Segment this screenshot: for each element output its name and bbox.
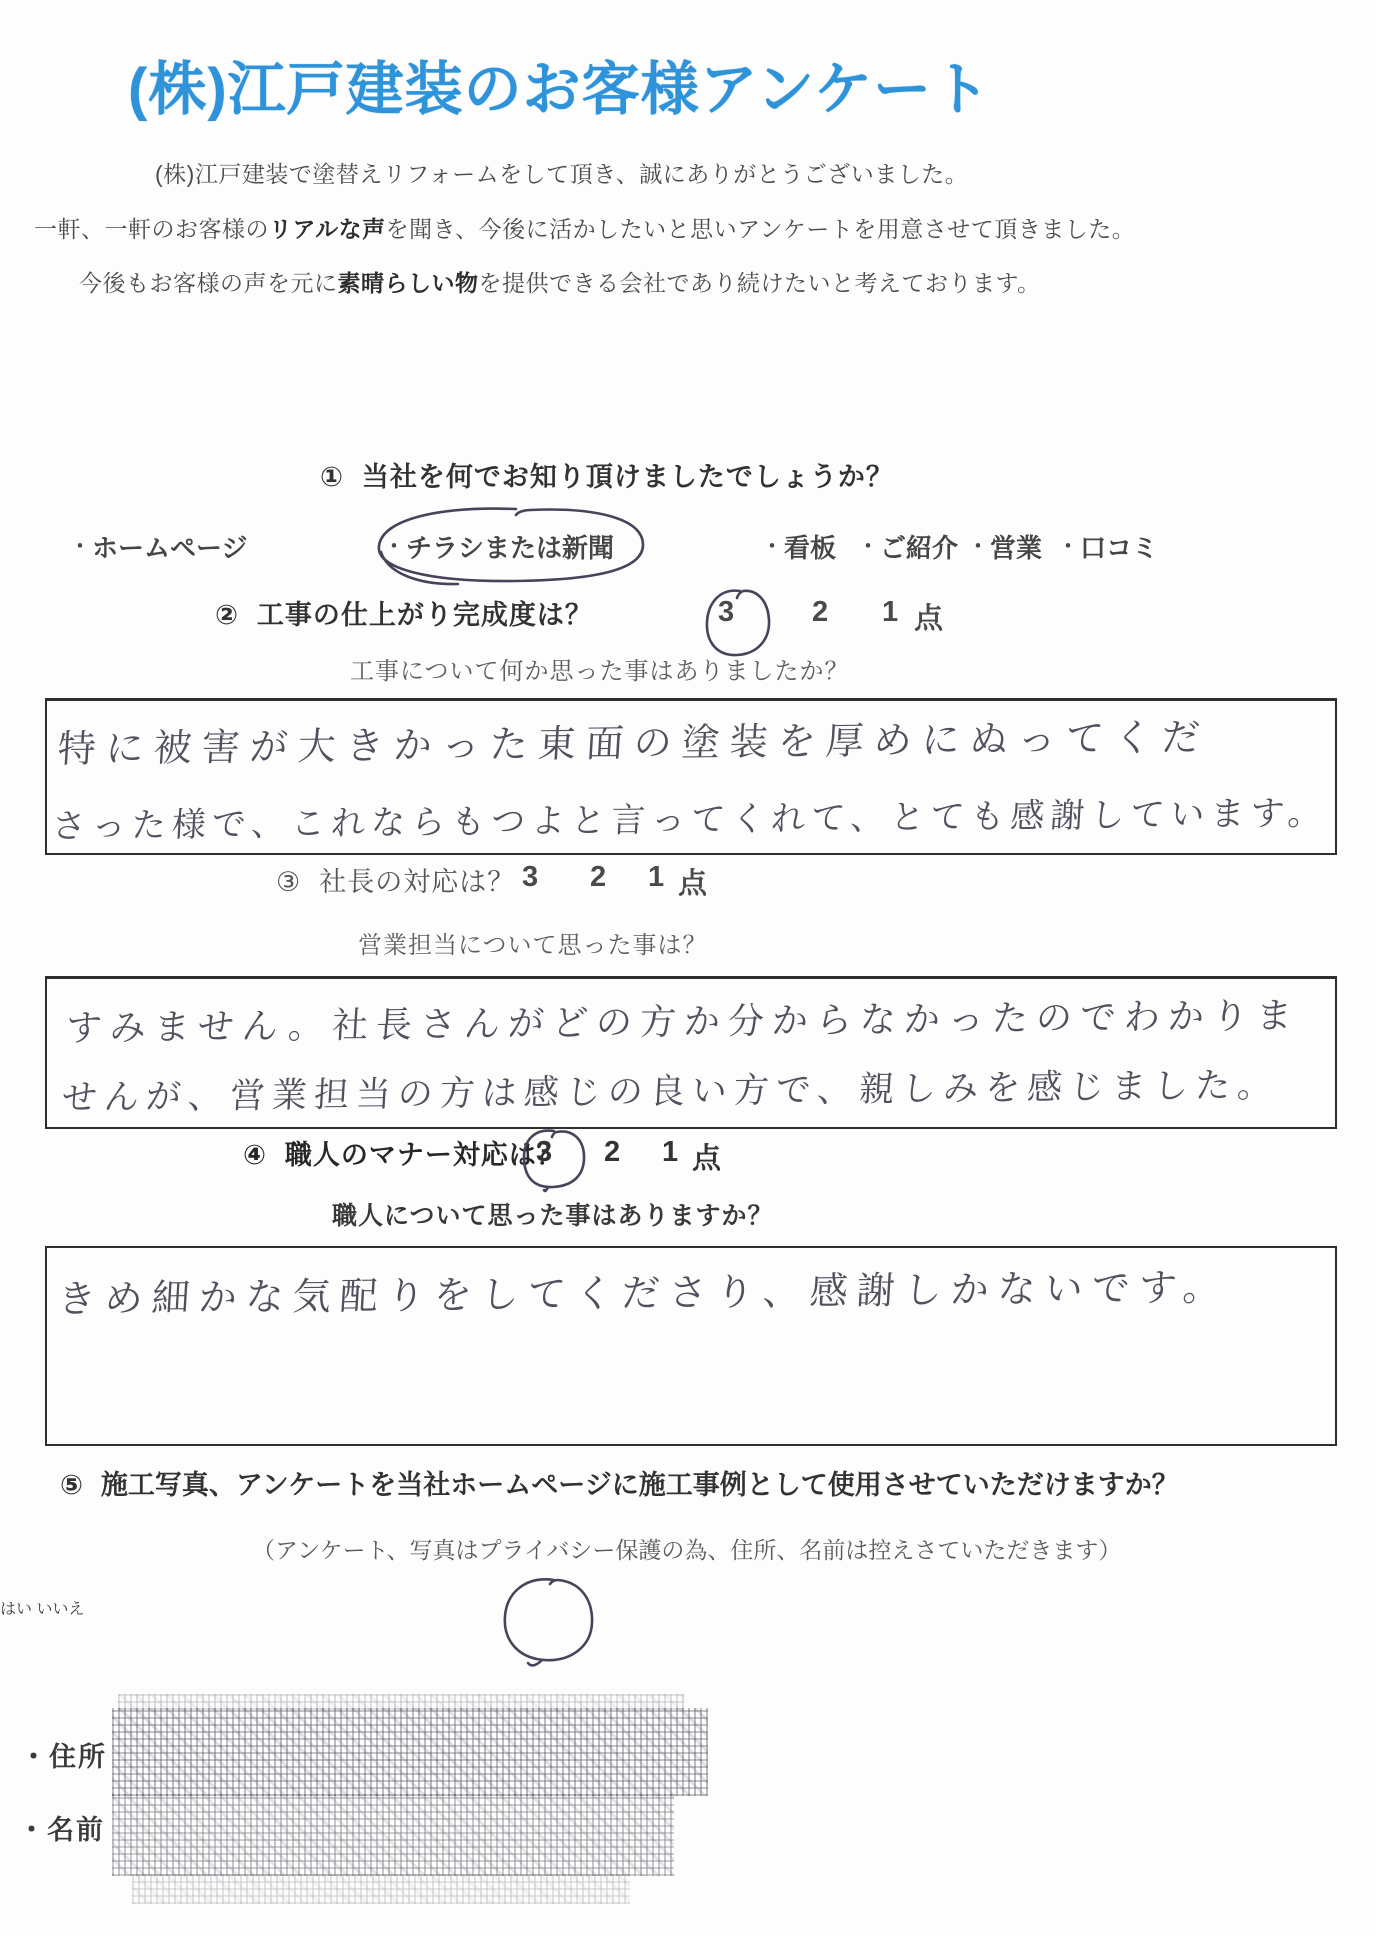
- question-1-options: ・ホームページ ・チラシまたは新聞 ・看板 ・ご紹介 ・営業 ・口コミ: [0, 528, 1376, 568]
- score-1: 1: [882, 596, 898, 629]
- question-5-choices: はい いいえ: [0, 1596, 1376, 1638]
- score-2: 2: [604, 1136, 620, 1169]
- option-sales: ・営業: [968, 528, 1042, 565]
- question-2-scores: 3 2 1 点: [0, 596, 1376, 640]
- question-3-scores: 3 2 1 点: [0, 861, 1376, 905]
- question-3-followup-label: 営業担当について思った事は？: [358, 925, 708, 960]
- intro-line-1: (株)江戸建装で塗替えリフォームをして頂き、誠にありがとうございました。: [155, 156, 968, 189]
- intro-line-2: 一軒、一軒のお客様のリアルな声を聞き、今後に活かしたいと思いアンケートを用意させ…: [34, 211, 1135, 244]
- question-2-followup-label: 工事について何か思った事はありましたか？: [350, 651, 850, 686]
- choice-yes-selected: はい: [0, 1601, 32, 1618]
- score-1: 1: [648, 861, 664, 894]
- question-5: ⑤施工写真、アンケートを当社ホームページに施工事例として使用させていただけますか…: [60, 1463, 1179, 1502]
- redaction-blur-name: [112, 1794, 674, 1876]
- intro-line-1-text: (株)江戸建装で塗替えリフォームをして頂き、誠にありがとうございました。: [155, 161, 968, 187]
- score-2: 2: [590, 861, 606, 894]
- intro-line-2-emphasis: リアルな声: [269, 216, 386, 242]
- redaction-blur-address: [112, 1708, 708, 1796]
- question-5-label: 施工写真、アンケートを当社ホームページに施工事例として使用させていただけますか？: [101, 1470, 1179, 1500]
- intro-line-3-emphasis: 素晴らしい物: [338, 270, 479, 296]
- score-unit: 点: [914, 596, 943, 637]
- address-label: ・住所: [20, 1735, 107, 1774]
- intro-line-3: 今後もお客様の声を元に素晴らしい物を提供できる会社であり続けたいと考えております…: [79, 265, 1041, 298]
- option-referral: ・ご紹介: [858, 528, 958, 565]
- question-1-number: ①: [320, 462, 344, 493]
- score-unit: 点: [678, 861, 707, 902]
- question-4-followup-label: 職人について思った事はありますか？: [332, 1196, 774, 1232]
- pen-circle-flyer-option: [358, 502, 650, 586]
- question-5-number: ⑤: [60, 1470, 83, 1501]
- score-2: 2: [812, 596, 828, 629]
- score-3: 3: [522, 861, 538, 894]
- score-unit: 点: [692, 1136, 721, 1177]
- option-word-of-mouth: ・口コミ: [1058, 528, 1158, 565]
- survey-scan-page: (株)江戸建装のお客様アンケート (株)江戸建装で塗替えリフォームをして頂き、誠…: [0, 0, 1376, 1936]
- question-1: ①当社を何でお知り頂けましたでしょうか？: [320, 455, 894, 494]
- score-1: 1: [662, 1136, 678, 1169]
- option-homepage: ・ホームページ: [70, 528, 247, 565]
- redaction-blur-tail: [132, 1874, 630, 1904]
- option-signboard: ・看板: [762, 528, 836, 565]
- privacy-note: （アンケート、写真はプライバシー保護の為、住所、名前は控えさていただきます）: [252, 1532, 1121, 1565]
- question-1-label: 当社を何でお知り頂けましたでしょうか？: [362, 462, 894, 492]
- option-bullet: ・: [70, 536, 90, 558]
- pen-circle-q4-score-3: [518, 1126, 590, 1192]
- page-title: (株)江戸建装のお客様アンケート: [128, 42, 991, 126]
- choice-no: いいえ: [36, 1601, 84, 1618]
- name-label: ・名前: [18, 1808, 105, 1847]
- question-4-scores: 3 2 1 点: [0, 1136, 1376, 1180]
- pen-circle-yes-choice: [494, 1574, 606, 1664]
- pen-circle-q2-score-3: [700, 585, 778, 661]
